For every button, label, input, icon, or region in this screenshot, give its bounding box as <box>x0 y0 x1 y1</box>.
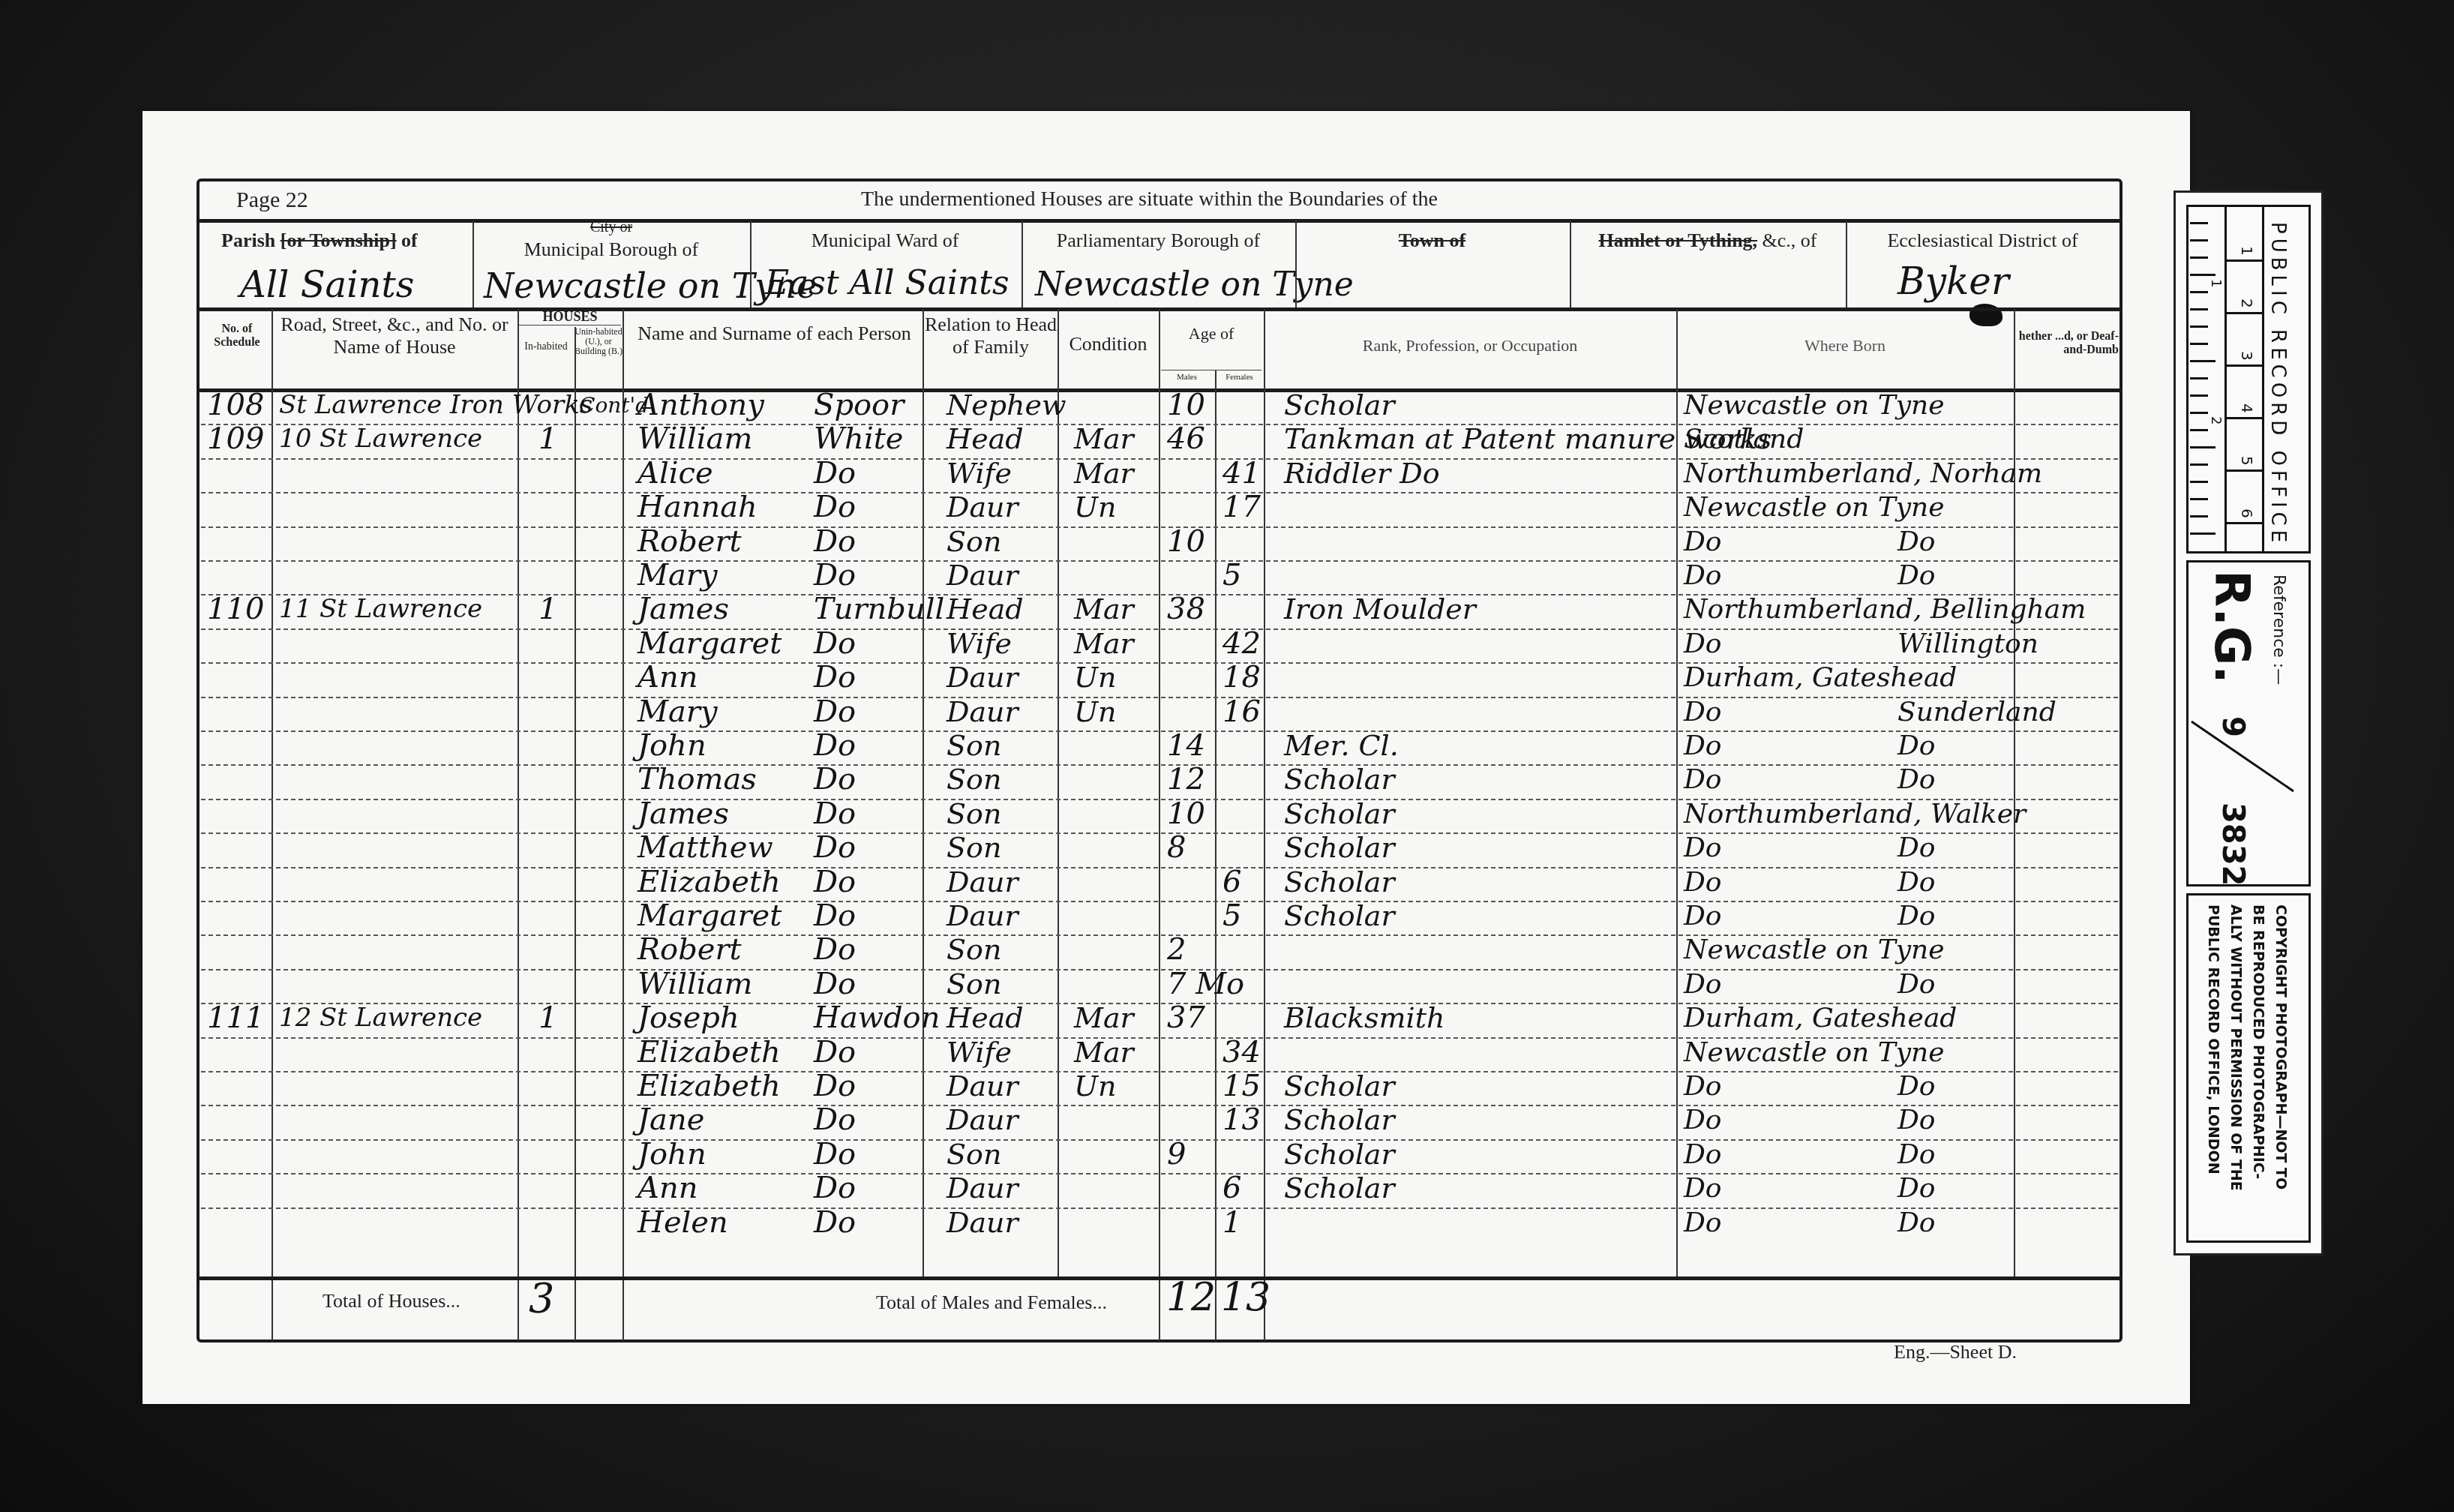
where-born-cell: Newcastle on Tyne <box>1684 490 1945 524</box>
relation-cell: Daur <box>946 1206 1018 1240</box>
occupation-cell: Scholar <box>1284 1171 1395 1205</box>
reference-strip: PUBLIC RECORD OFFICE 12345612 Reference … <box>2173 190 2323 1255</box>
ecclesiastical-district-label: Ecclesiastical District of <box>1846 229 2119 252</box>
row-rule <box>201 560 2118 562</box>
divider <box>271 309 273 1341</box>
forename-cell: Matthew <box>637 831 773 865</box>
relation-cell: Wife <box>946 1036 1012 1069</box>
where-born-cell: Scotland <box>1684 422 1804 456</box>
surname-cell: Do <box>814 457 856 490</box>
where-born-place-cell: Do <box>1897 1103 1936 1137</box>
relation-cell: Son <box>946 797 1001 831</box>
occupation-cell: Scholar <box>1284 388 1395 422</box>
parliamentary-borough-value: Newcastle on Tyne <box>1035 265 1354 304</box>
surname-cell: Do <box>814 967 856 1001</box>
ruler-number-cm: 1 <box>2238 246 2256 256</box>
where-born-place-cell: Do <box>1897 967 1936 1001</box>
rule <box>1161 370 1261 370</box>
surname-cell: Do <box>814 661 856 694</box>
relation-cell: Son <box>946 1138 1001 1171</box>
male-age-cell: 9 <box>1167 1138 1186 1171</box>
condition-cell: Mar <box>1074 457 1134 490</box>
ruler-tick <box>2190 412 2208 414</box>
ruler-number-inch: 2 <box>2208 416 2224 424</box>
surname-cell: Do <box>814 865 856 899</box>
occupation-cell: Scholar <box>1284 831 1395 865</box>
forename-cell: William <box>637 422 752 456</box>
where-born-cell: Newcastle on Tyne <box>1684 388 1945 422</box>
condition-cell: Mar <box>1074 1001 1134 1035</box>
surname-cell: Do <box>814 490 856 524</box>
divider <box>517 309 519 1341</box>
where-born-cell: Newcastle on Tyne <box>1684 933 1945 967</box>
surname-cell: Do <box>814 899 856 933</box>
rule <box>199 1276 2120 1280</box>
forename-cell: Elizabeth <box>637 1069 781 1103</box>
relation-cell: Son <box>946 729 1001 763</box>
total-houses-label: Total of Houses... <box>322 1290 460 1312</box>
female-age-cell: 1 <box>1222 1206 1241 1240</box>
relation-cell: Son <box>946 967 1001 1001</box>
rule <box>2262 207 2264 551</box>
ruler-tick <box>2190 343 2208 345</box>
female-age-cell: 6 <box>1222 1171 1241 1205</box>
divider <box>1264 309 1265 1341</box>
relation-cell: Daur <box>946 661 1018 694</box>
copyright-line-1: COPYRIGHT PHOTOGRAPH—NOT TO <box>2272 904 2289 1189</box>
total-males-value: 12 <box>1166 1275 1216 1320</box>
forename-cell: John <box>637 729 706 763</box>
female-age-cell: 5 <box>1222 899 1241 933</box>
forename-cell: John <box>637 1138 706 1171</box>
surname-cell: Do <box>814 627 856 661</box>
surname-cell: White <box>814 422 903 456</box>
forename-cell: William <box>637 967 752 1001</box>
road-cell: 12 St Lawrence <box>279 1001 482 1035</box>
condition-cell: Un <box>1074 695 1117 729</box>
forename-cell: Ann <box>637 1171 697 1205</box>
ruler-tick <box>2190 256 2208 259</box>
ruler-tick <box>2190 498 2208 500</box>
reference-box: Reference :— R.G. 9 3832 <box>2186 560 2311 886</box>
divider <box>2014 309 2015 1276</box>
ruler-tick <box>2190 532 2215 535</box>
office-label: PUBLIC RECORD OFFICE <box>2266 222 2289 547</box>
divider <box>1057 309 1059 1276</box>
row-rule <box>201 526 2118 528</box>
forename-cell: Robert <box>637 525 742 559</box>
surname-cell: Do <box>814 525 856 559</box>
inhabited-cell: 1 <box>538 592 557 626</box>
ruler-tick <box>2190 222 2208 224</box>
relation-cell: Wife <box>946 627 1012 661</box>
ruler-tick <box>2190 308 2208 310</box>
relation-cell: Daur <box>946 1069 1018 1103</box>
surname-cell: Do <box>814 1171 856 1205</box>
female-age-cell: 15 <box>1222 1069 1261 1103</box>
where-born-place-cell: Do <box>1897 865 1936 899</box>
surname-cell: Do <box>814 1138 856 1171</box>
row-rule <box>201 1105 2118 1106</box>
divider <box>622 309 624 1341</box>
relation-cell: Daur <box>946 899 1018 933</box>
forename-cell: Elizabeth <box>637 865 781 899</box>
parish-value: All Saints <box>240 264 414 306</box>
where-born-cell: Do <box>1684 763 1722 796</box>
female-age-cell: 13 <box>1222 1103 1261 1137</box>
where-born-place-cell: Do <box>1897 1138 1936 1171</box>
ruler-tick <box>2190 481 2208 483</box>
col-deaf-dumb: hether ...d, or Deaf-and-Dumb <box>2017 330 2119 356</box>
road-cell: 10 St Lawrence <box>279 422 482 456</box>
condition-cell: Mar <box>1074 1036 1134 1069</box>
where-born-place-cell: Sunderland <box>1897 695 2056 729</box>
occupation-cell: Scholar <box>1284 1069 1395 1103</box>
col-females: Females <box>1215 373 1264 382</box>
occupation-cell: Scholar <box>1284 763 1395 796</box>
surname-cell: Turnbull <box>814 592 944 626</box>
divider <box>1215 370 1216 1341</box>
ecclesiastical-district-value: Byker <box>1897 259 2009 303</box>
surname-cell: Do <box>814 797 856 831</box>
row-rule <box>201 764 2118 766</box>
surname-cell: Hawdon <box>814 1001 940 1035</box>
relation-cell: Daur <box>946 1171 1018 1205</box>
forename-cell: James <box>637 797 729 831</box>
parliamentary-borough-label: Parliamentary Borough of <box>1021 229 1295 252</box>
where-born-cell: Do <box>1684 695 1722 729</box>
occupation-cell: Iron Moulder <box>1284 592 1476 626</box>
relation-cell: Head <box>946 1001 1024 1035</box>
forename-cell: Joseph <box>637 1001 739 1035</box>
row-rule <box>201 730 2118 732</box>
surname-cell: Do <box>814 1036 856 1069</box>
row-rule <box>201 1207 2118 1209</box>
where-born-place-cell: Willington <box>1897 627 2038 661</box>
female-age-cell: 17 <box>1222 490 1261 524</box>
rule <box>2224 207 2227 551</box>
relation-cell: Daur <box>946 1103 1018 1137</box>
ruler-division <box>2224 522 2262 524</box>
forename-cell: James <box>637 592 729 626</box>
occupation-cell: Scholar <box>1284 1103 1395 1137</box>
divider <box>922 309 924 1276</box>
condition-cell: Mar <box>1074 422 1134 456</box>
ruler-division <box>2224 259 2262 262</box>
relation-cell: Son <box>946 933 1001 967</box>
ruler-division <box>2224 364 2262 367</box>
male-age-cell: 10 <box>1167 797 1205 831</box>
ruler-tick <box>2190 274 2215 276</box>
where-born-cell: Northumberland, Walker <box>1684 797 2026 831</box>
surname-cell: Do <box>814 831 856 865</box>
male-age-cell: 46 <box>1167 422 1205 456</box>
row-rule <box>201 697 2118 698</box>
where-born-place-cell: Do <box>1897 525 1936 559</box>
ruler-tick <box>2190 429 2208 431</box>
male-age-cell: 14 <box>1167 729 1205 763</box>
row-rule <box>201 1071 2118 1072</box>
occupation-cell: Riddler Do <box>1284 457 1440 490</box>
ruler-tick <box>2190 446 2215 448</box>
forename-cell: Alice <box>637 457 713 490</box>
ruler-division <box>2224 312 2262 314</box>
condition-cell: Mar <box>1074 627 1134 661</box>
series-code: R.G. <box>2203 570 2259 684</box>
where-born-cell: Do <box>1684 729 1722 763</box>
col-uninhabited: Unin-habited (U.), or Building (B.) <box>574 327 622 357</box>
occupation-cell: Scholar <box>1284 899 1395 933</box>
where-born-place-cell: Do <box>1897 899 1936 933</box>
forename-cell: Helen <box>637 1206 728 1240</box>
copyright-box: COPYRIGHT PHOTOGRAPH—NOT TO BE REPRODUCE… <box>2186 893 2311 1243</box>
schedule-cell: 109 <box>207 422 264 456</box>
surname-cell: Do <box>814 729 856 763</box>
ruler-tick <box>2190 394 2208 397</box>
rule <box>519 325 621 325</box>
where-born-cell: Newcastle on Tyne <box>1684 1036 1945 1069</box>
where-born-cell: Do <box>1684 1069 1722 1103</box>
female-age-cell: 42 <box>1222 627 1261 661</box>
where-born-place-cell: Do <box>1897 1206 1936 1240</box>
relation-cell: Nephew <box>946 388 1066 422</box>
page-number: Page 22 <box>236 187 308 213</box>
row-rule <box>201 424 2118 425</box>
row-rule <box>201 628 2118 630</box>
surname-cell: Spoor <box>814 388 904 422</box>
ruler-tick <box>2190 325 2208 328</box>
row-rule <box>201 1173 2118 1174</box>
male-age-cell: 38 <box>1167 592 1205 626</box>
where-born-cell: Do <box>1684 1103 1722 1137</box>
forename-cell: Mary <box>637 559 718 592</box>
relation-cell: Son <box>946 831 1001 865</box>
where-born-place-cell: Do <box>1897 831 1936 865</box>
inhabited-cell: 1 <box>538 1001 557 1035</box>
ruler-box: PUBLIC RECORD OFFICE 12345612 <box>2186 205 2311 553</box>
ruler-tick <box>2190 377 2208 379</box>
row-rule <box>201 1139 2118 1141</box>
hamlet-label: Hamlet or Tything, &c., of <box>1570 229 1846 252</box>
surname-cell: Do <box>814 1206 856 1240</box>
relation-cell: Daur <box>946 695 1018 729</box>
surname-cell: Do <box>814 559 856 592</box>
forename-cell: Robert <box>637 933 742 967</box>
row-rule <box>201 901 2118 902</box>
copyright-line-2: BE REPRODUCED PHOTOGRAPHIC- <box>2250 904 2266 1179</box>
female-age-cell: 6 <box>1222 865 1241 899</box>
male-age-cell: 12 <box>1167 763 1205 796</box>
condition-cell: Un <box>1074 490 1117 524</box>
ruler-number-cm: 5 <box>2238 456 2256 466</box>
schedule-cell: 108 <box>207 388 264 422</box>
where-born-cell: Durham, Gateshead <box>1684 661 1957 694</box>
row-rule <box>201 969 2118 970</box>
town-label-struck: Town of <box>1295 229 1569 252</box>
where-born-cell: Do <box>1684 831 1722 865</box>
where-born-cell: Do <box>1684 899 1722 933</box>
relation-cell: Daur <box>946 865 1018 899</box>
municipal-ward-label: Municipal Ward of <box>750 229 1020 252</box>
col-houses: HOUSES <box>517 309 622 325</box>
male-age-cell: 2 <box>1167 933 1186 967</box>
female-age-cell: 16 <box>1222 695 1261 729</box>
male-age-cell: 10 <box>1167 525 1205 559</box>
where-born-cell: Do <box>1684 865 1722 899</box>
where-born-cell: Do <box>1684 1206 1722 1240</box>
copyright-line-3: ALLY WITHOUT PERMISSION OF THE <box>2227 904 2244 1191</box>
parish-label: Parish [or Township] of <box>221 229 469 252</box>
total-houses-value: 3 <box>529 1275 554 1322</box>
inhabited-cell: 1 <box>538 422 557 456</box>
female-age-cell: 41 <box>1222 457 1261 490</box>
municipal-ward-value: East All Saints <box>765 264 1009 302</box>
col-road: Road, Street, &c., and No. or Name of Ho… <box>271 313 517 358</box>
road-cell: 11 St Lawrence <box>279 592 482 626</box>
col-inhabited: In-habited <box>517 341 574 352</box>
where-born-place-cell: Do <box>1897 763 1936 796</box>
ruler-number-cm: 2 <box>2238 298 2256 308</box>
road-cell: St Lawrence Iron Works <box>279 388 592 422</box>
sheet-footer: Eng.—Sheet D. <box>1894 1341 2017 1363</box>
boundaries-heading: The undermentioned Houses are situate wi… <box>861 187 1438 211</box>
condition-cell: Un <box>1074 1069 1117 1103</box>
forename-cell: Margaret <box>637 899 781 933</box>
relation-cell: Son <box>946 763 1001 796</box>
row-rule <box>201 832 2118 834</box>
forename-cell: Elizabeth <box>637 1036 781 1069</box>
ruler-division <box>2224 417 2262 419</box>
copyright-line-4: PUBLIC RECORD OFFICE, LONDON <box>2205 904 2221 1174</box>
piece-number: 3832 <box>2215 802 2250 886</box>
col-schedule: No. of Schedule <box>202 322 271 349</box>
where-born-cell: Do <box>1684 627 1722 661</box>
relation-cell: Daur <box>946 559 1018 592</box>
where-born-cell: Northumberland, Norham <box>1684 457 2042 490</box>
male-age-cell: 37 <box>1167 1001 1205 1035</box>
surname-cell: Do <box>814 1069 856 1103</box>
forename-cell: Mary <box>637 695 718 729</box>
ruler-number-cm: 6 <box>2238 508 2256 518</box>
forename-cell: Anthony <box>637 388 764 422</box>
col-age: Age of <box>1159 324 1264 343</box>
ruler-tick <box>2190 360 2215 362</box>
occupation-cell: Scholar <box>1284 865 1395 899</box>
city-label-struck: City or <box>472 219 750 236</box>
forename-cell: Ann <box>637 661 697 694</box>
where-born-cell: Do <box>1684 559 1722 592</box>
col-males: Males <box>1159 373 1215 382</box>
surname-cell: Do <box>814 933 856 967</box>
where-born-cell: Do <box>1684 967 1722 1001</box>
occupation-cell: Mer. Cl. <box>1284 729 1399 763</box>
where-born-cell: Do <box>1684 1171 1722 1205</box>
ruler-number-inch: 1 <box>2208 279 2224 287</box>
surname-cell: Do <box>814 763 856 796</box>
schedule-cell: 111 <box>207 1001 264 1035</box>
total-persons-label: Total of Males and Females... <box>876 1291 1107 1314</box>
where-born-place-cell: Do <box>1897 729 1936 763</box>
ruler-division <box>2224 469 2262 472</box>
relation-cell: Son <box>946 525 1001 559</box>
divider <box>1159 309 1160 1341</box>
male-age-cell: 10 <box>1167 388 1205 422</box>
col-condition: Condition <box>1057 333 1159 355</box>
ruler-tick <box>2190 463 2208 466</box>
where-born-place-cell: Do <box>1897 559 1936 592</box>
condition-cell: Un <box>1074 661 1117 694</box>
female-age-cell: 5 <box>1222 559 1241 592</box>
female-age-cell: 34 <box>1222 1036 1261 1069</box>
ruler-number-cm: 3 <box>2238 351 2256 361</box>
forename-cell: Jane <box>637 1103 704 1137</box>
slash-divider <box>2188 720 2313 802</box>
occupation-cell: Blacksmith <box>1284 1001 1444 1035</box>
col-occupation: Rank, Profession, or Occupation <box>1264 336 1676 355</box>
ruler-tick <box>2190 291 2208 293</box>
total-females-value: 13 <box>1221 1275 1270 1320</box>
forename-cell: Margaret <box>637 627 781 661</box>
where-born-cell: Durham, Gateshead <box>1684 1001 1957 1035</box>
schedule-cell: 110 <box>207 592 264 626</box>
condition-cell: Mar <box>1074 592 1134 626</box>
col-where-born: Where Born <box>1676 336 2014 355</box>
forename-cell: Hannah <box>637 490 757 524</box>
male-age-cell: 8 <box>1167 831 1186 865</box>
row-rule <box>201 867 2118 868</box>
where-born-cell: Do <box>1684 525 1722 559</box>
where-born-cell: Do <box>1684 1138 1722 1171</box>
municipal-borough-label: Municipal Borough of <box>472 238 750 261</box>
where-born-place-cell: Do <box>1897 1171 1936 1205</box>
relation-cell: Daur <box>946 490 1018 524</box>
surname-cell: Do <box>814 695 856 729</box>
surname-cell: Do <box>814 1103 856 1137</box>
ruler-number-cm: 4 <box>2238 403 2256 413</box>
where-born-place-cell: Do <box>1897 1069 1936 1103</box>
male-age-cell: 7 Mo <box>1167 967 1244 1001</box>
where-born-cell: Northumberland, Bellingham <box>1684 592 2086 626</box>
forename-cell: Thomas <box>637 763 757 796</box>
occupation-cell: Scholar <box>1284 1138 1395 1171</box>
ruler-tick <box>2190 515 2208 517</box>
occupation-cell: Scholar <box>1284 797 1395 831</box>
female-age-cell: 18 <box>1222 661 1261 694</box>
ruler-tick <box>2190 239 2208 241</box>
relation-cell: Head <box>946 592 1024 626</box>
reference-label: Reference :— <box>2269 574 2288 685</box>
col-relation: Relation to Head of Family <box>924 313 1057 358</box>
relation-cell: Head <box>946 422 1024 456</box>
col-name: Name and Surname of each Person <box>626 322 922 345</box>
relation-cell: Wife <box>946 457 1012 490</box>
